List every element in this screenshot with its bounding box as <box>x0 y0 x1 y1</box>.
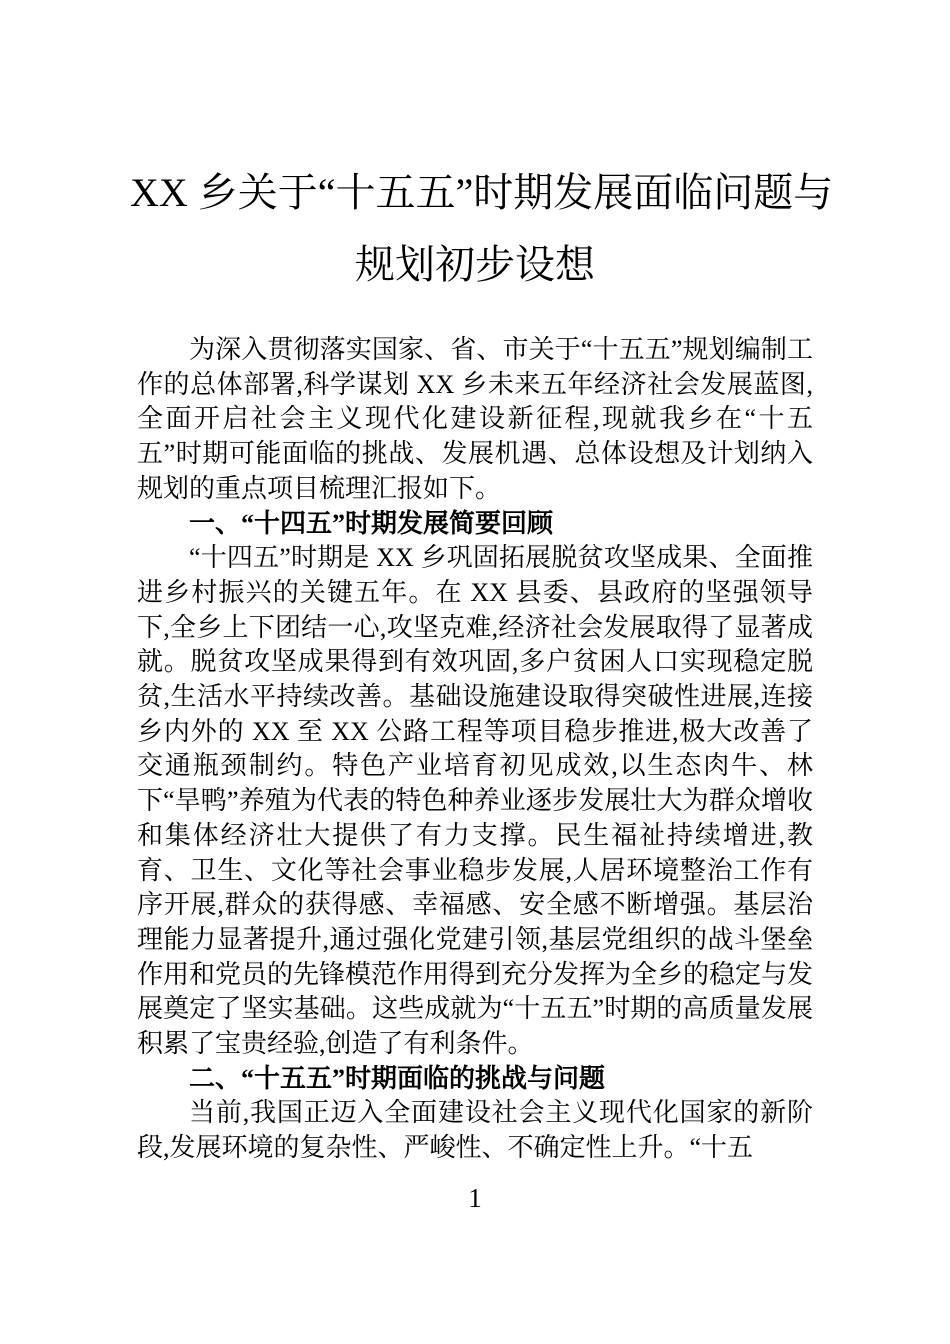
document-page: XX 乡关于“十五五”时期发展面临问题与 规划初步设想 为深入贯彻落实国家、省、… <box>0 0 950 1344</box>
document-title: XX 乡关于“十五五”时期发展面临问题与 规划初步设想 <box>130 157 820 301</box>
body-paragraph-intro: 为深入贯彻落实国家、省、市关于“十五五”规划编制工作的总体部署,科学谋划 XX … <box>137 333 813 507</box>
title-line-2: 规划初步设想 <box>130 229 820 301</box>
document-body: 为深入贯彻落实国家、省、市关于“十五五”规划编制工作的总体部署,科学谋划 XX … <box>137 333 813 1166</box>
body-paragraph-review: “十四五”时期是 XX 乡巩固拓展脱贫攻坚成果、全面推进乡村振兴的关键五年。在 … <box>137 541 813 1062</box>
section-heading-1: 一、“十四五”时期发展简要回顾 <box>137 507 813 542</box>
body-paragraph-challenges: 当前,我国正迈入全面建设社会主义现代化国家的新阶段,发展环境的复杂性、严峻性、不… <box>137 1096 813 1165</box>
title-line-1: XX 乡关于“十五五”时期发展面临问题与 <box>130 157 820 229</box>
page-number: 1 <box>0 1183 950 1214</box>
section-heading-2: 二、“十五五”时期面临的挑战与问题 <box>137 1062 813 1097</box>
